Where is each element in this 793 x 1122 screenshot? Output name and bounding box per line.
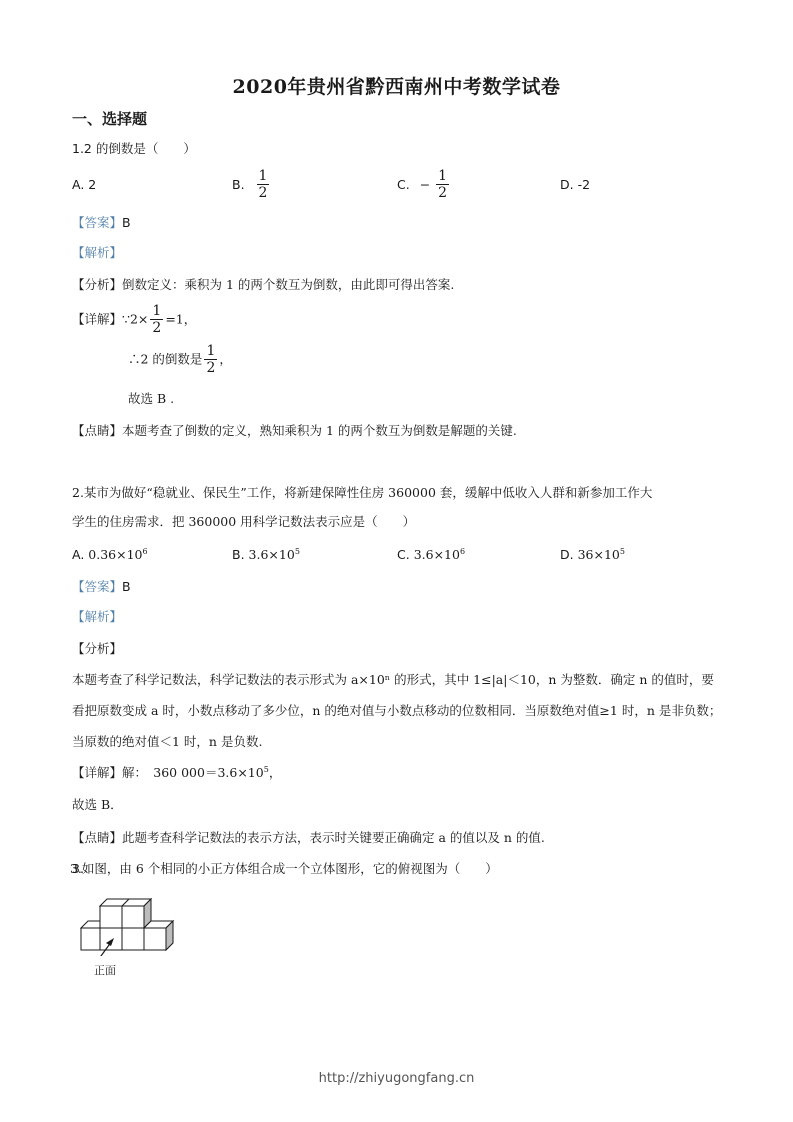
q1-xiangjie-line3: 故选 B . xyxy=(128,390,174,408)
fraction: 1 2 xyxy=(436,168,449,201)
document-title: 2020年贵州省黔西南州中考数学试卷 xyxy=(0,72,793,99)
q3-stem: 3.3.如图，由 6 个相同的小正方体组合成一个立体图形，它的俯视图为（ ） xyxy=(72,860,498,878)
q2-option-c: C. 3.6×106 xyxy=(397,547,465,562)
cube-figure xyxy=(76,896,186,956)
q2-option-a: A. 0.36×106 xyxy=(72,547,148,562)
q2-answer: 【答案】B xyxy=(72,578,131,596)
fraction: 12 xyxy=(150,303,163,336)
q2-analysis-label: 【解析】 xyxy=(72,608,122,626)
q1-fenxi: 【分析】倒数定义：乘积为 1 的两个数互为倒数，由此即可得出答案. xyxy=(72,276,454,294)
q1-analysis-label: 【解析】 xyxy=(72,244,122,262)
q2-option-b: B. 3.6×105 xyxy=(232,547,300,562)
q2-fenxi-text: 本题考查了科学记数法，科学记数法的表示形式为 a×10ⁿ 的形式，其中 1≤|a… xyxy=(72,664,722,757)
q1-answer: 【答案】B xyxy=(72,214,131,232)
q1-xiangjie-line1: 【详解】∵2×12=1， xyxy=(72,303,196,336)
q1-xiangjie-line2: ∴2 的倒数是12， xyxy=(128,343,232,376)
cubes-diagram xyxy=(76,896,186,956)
q1-option-b: B. 1 2 xyxy=(232,168,271,201)
q2-stem-line2: 学生的住房需求．把 360000 用科学记数法表示应是（ ） xyxy=(72,513,415,531)
q2-xiangjie: 【详解】解： 360 000＝3.6×105， xyxy=(72,764,281,782)
footer-url[interactable]: http://zhiyugongfang.cn xyxy=(0,1071,793,1086)
front-label: 正面 xyxy=(94,962,116,978)
q1-option-d: D. -2 xyxy=(560,177,590,192)
q2-option-d: D. 36×105 xyxy=(560,547,625,562)
q1-dianjing: 【点睛】本题考查了倒数的定义，熟知乘积为 1 的两个数互为倒数是解题的关键. xyxy=(72,422,517,440)
q1-stem: 1.2 的倒数是（ ） xyxy=(72,140,196,158)
q2-dianjing: 【点睛】此题考查科学记数法的表示方法，表示时关键要正确确定 a 的值以及 n 的… xyxy=(72,829,545,847)
q2-xiangjie-line2: 故选 B． xyxy=(72,796,123,814)
q2-stem-line1: 2.某市为做好“稳就业、保民生”工作，将新建保障性住房 360000 套，缓解中… xyxy=(72,484,652,502)
fraction: 1 2 xyxy=(257,168,270,201)
fraction: 12 xyxy=(204,343,217,376)
q1-option-a: A. 2 xyxy=(72,177,96,192)
q2-fenxi-label: 【分析】 xyxy=(72,640,122,658)
section-heading: 一、选择题 xyxy=(72,108,147,129)
q1-option-c: C. − 1 2 xyxy=(397,168,451,201)
